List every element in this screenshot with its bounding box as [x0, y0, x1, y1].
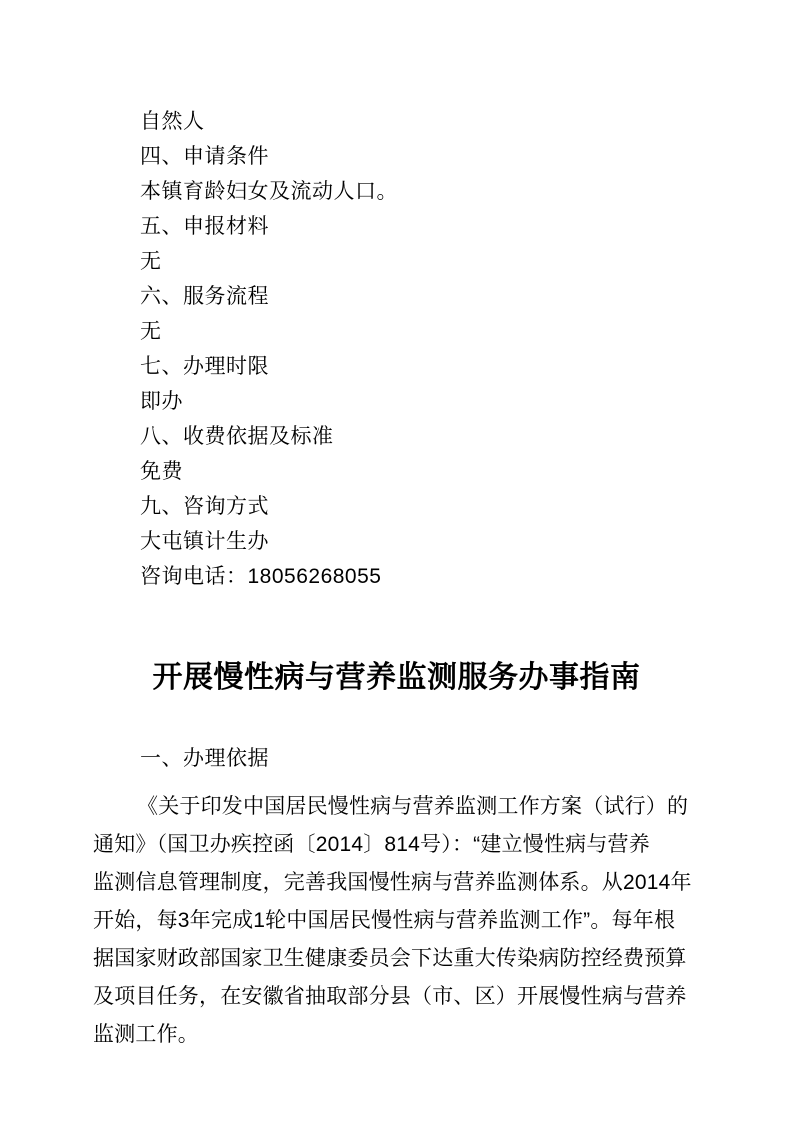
field-label-fee-basis-and-standard: 八、收费依据及标准: [140, 419, 733, 454]
field-value-fee-basis-and-standard: 免费: [140, 454, 733, 489]
field-label-application-materials: 五、申报材料: [140, 209, 733, 244]
basis-paragraph: 《关于印发中国居民慢性病与营养监测工作方案（试行）的通知》（国卫办疾控函〔201…: [0, 788, 793, 1054]
paragraph-line: 通知》（国卫办疾控函〔2014〕814号）：“建立慢性病与营养: [93, 826, 733, 864]
field-label-service-process: 六、服务流程: [140, 279, 733, 314]
field-label-consultation-method: 九、咨询方式: [140, 489, 733, 524]
paragraph-line: 监测工作。: [93, 1016, 733, 1054]
paragraph-line: 《关于印发中国居民慢性病与营养监测工作方案（试行）的: [93, 788, 733, 826]
field-value-consultation-phone: 咨询电话：18056268055: [140, 559, 733, 594]
field-value-service-target: 自然人: [140, 104, 733, 139]
guide-title: 开展慢性病与营养监测服务办事指南: [0, 656, 793, 700]
field-value-service-process: 无: [140, 314, 733, 349]
field-label-processing-time-limit: 七、办理时限: [140, 349, 733, 384]
document-page: 自然人四、申请条件本镇育龄妇女及流动人口。五、申报材料无六、服务流程无七、办理时…: [0, 0, 793, 1122]
paragraph-line: 开始，每3年完成1轮中国居民慢性病与营养监测工作”。每年根: [93, 902, 733, 940]
field-value-application-materials: 无: [140, 244, 733, 279]
section-heading-basis: 一、办理依据: [140, 741, 793, 776]
field-value-application-conditions: 本镇育龄妇女及流动人口。: [140, 174, 733, 209]
field-value-processing-time-limit: 即办: [140, 384, 733, 419]
paragraph-line: 据国家财政部国家卫生健康委员会下达重大传染病防控经费预算: [93, 940, 733, 978]
paragraph-line: 及项目任务，在安徽省抽取部分县（市、区）开展慢性病与营养: [93, 978, 733, 1016]
field-label-application-conditions: 四、申请条件: [140, 139, 733, 174]
paragraph-line: 监测信息管理制度，完善我国慢性病与营养监测体系。从2014年: [93, 864, 733, 902]
field-value-consultation-office: 大屯镇计生办: [140, 524, 733, 559]
prior-guide-fields: 自然人四、申请条件本镇育龄妇女及流动人口。五、申报材料无六、服务流程无七、办理时…: [0, 0, 793, 594]
